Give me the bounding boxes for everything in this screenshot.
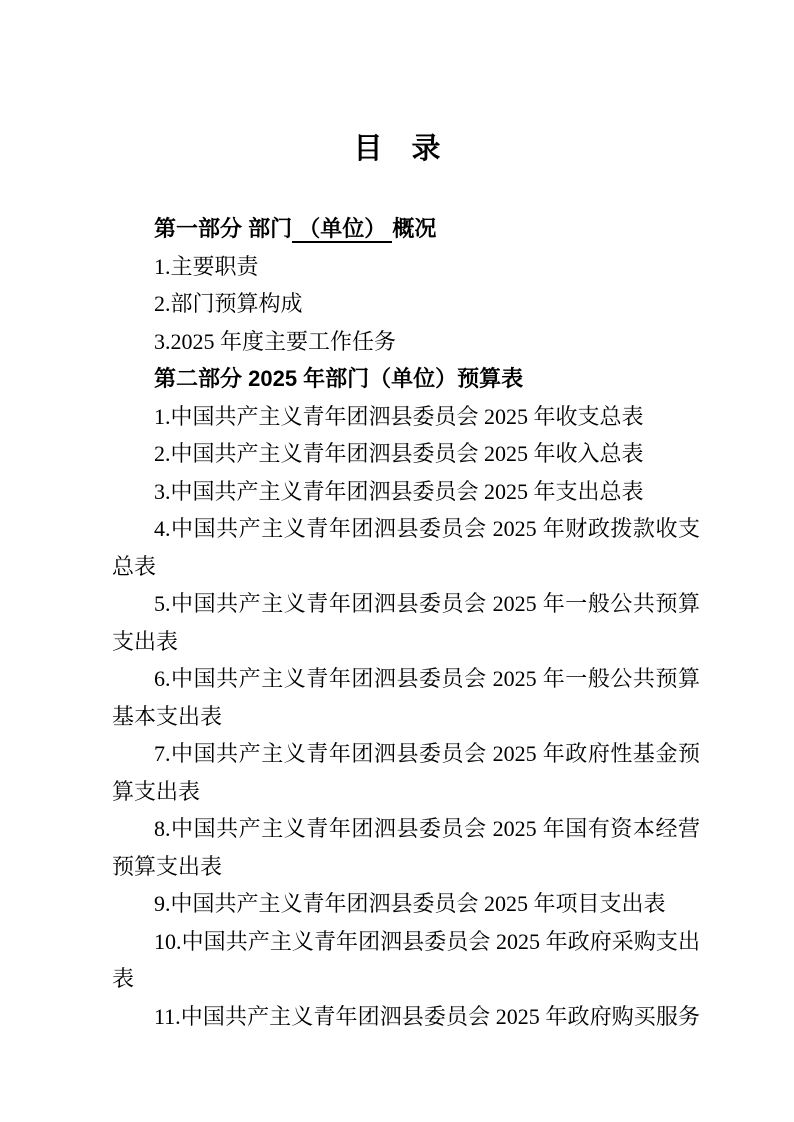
part2-item-5-line-2: 支出表	[112, 623, 700, 661]
part1-item-2: 2.部门预算构成	[112, 285, 700, 323]
part2-item-4-line-2: 总表	[112, 548, 700, 586]
part1-item-3: 3.2025 年度主要工作任务	[112, 323, 700, 361]
part2-item-10-line-2: 表	[112, 960, 700, 998]
part2-item-7-line-2: 算支出表	[112, 773, 700, 811]
part2-heading: 第二部分 2025 年部门（单位）预算表	[112, 360, 700, 398]
part2-item-6-line-2: 基本支出表	[112, 698, 700, 736]
part2-item-7-line-1: 7.中国共产主义青年团泗县委员会 2025 年政府性基金预	[112, 735, 700, 773]
part2-item-11-line-1: 11.中国共产主义青年团泗县委员会 2025 年政府购买服务	[112, 998, 700, 1036]
part2-item-8-line-1: 8.中国共产主义青年团泗县委员会 2025 年国有资本经营	[112, 810, 700, 848]
part2-item-4-line-1: 4.中国共产主义青年团泗县委员会 2025 年财政拨款收支	[112, 510, 700, 548]
toc-content: 第一部分 部门 （单位） 概况 1.主要职责 2.部门预算构成 3.2025 年…	[112, 210, 700, 1035]
part2-item-10-line-1: 10.中国共产主义青年团泗县委员会 2025 年政府采购支出	[112, 923, 700, 961]
document-title: 目 录	[0, 131, 794, 167]
part1-item-1: 1.主要职责	[112, 248, 700, 286]
part2-item-6-line-1: 6.中国共产主义青年团泗县委员会 2025 年一般公共预算	[112, 660, 700, 698]
document-page: 目 录 第一部分 部门 （单位） 概况 1.主要职责 2.部门预算构成 3.20…	[0, 0, 794, 1122]
part2-item-9: 9.中国共产主义青年团泗县委员会 2025 年项目支出表	[112, 885, 700, 923]
part1-heading-underlined: （单位）	[292, 216, 392, 243]
part2-item-8-line-2: 预算支出表	[112, 848, 700, 886]
part2-item-3: 3.中国共产主义青年团泗县委员会 2025 年支出总表	[112, 473, 700, 511]
part1-heading-suffix: 概况	[392, 216, 436, 241]
part2-item-2: 2.中国共产主义青年团泗县委员会 2025 年收入总表	[112, 435, 700, 473]
part2-item-1: 1.中国共产主义青年团泗县委员会 2025 年收支总表	[112, 398, 700, 436]
part1-heading: 第一部分 部门 （单位） 概况	[112, 210, 700, 248]
part1-heading-prefix: 第一部分 部门	[154, 216, 292, 241]
part2-item-5-line-1: 5.中国共产主义青年团泗县委员会 2025 年一般公共预算	[112, 585, 700, 623]
